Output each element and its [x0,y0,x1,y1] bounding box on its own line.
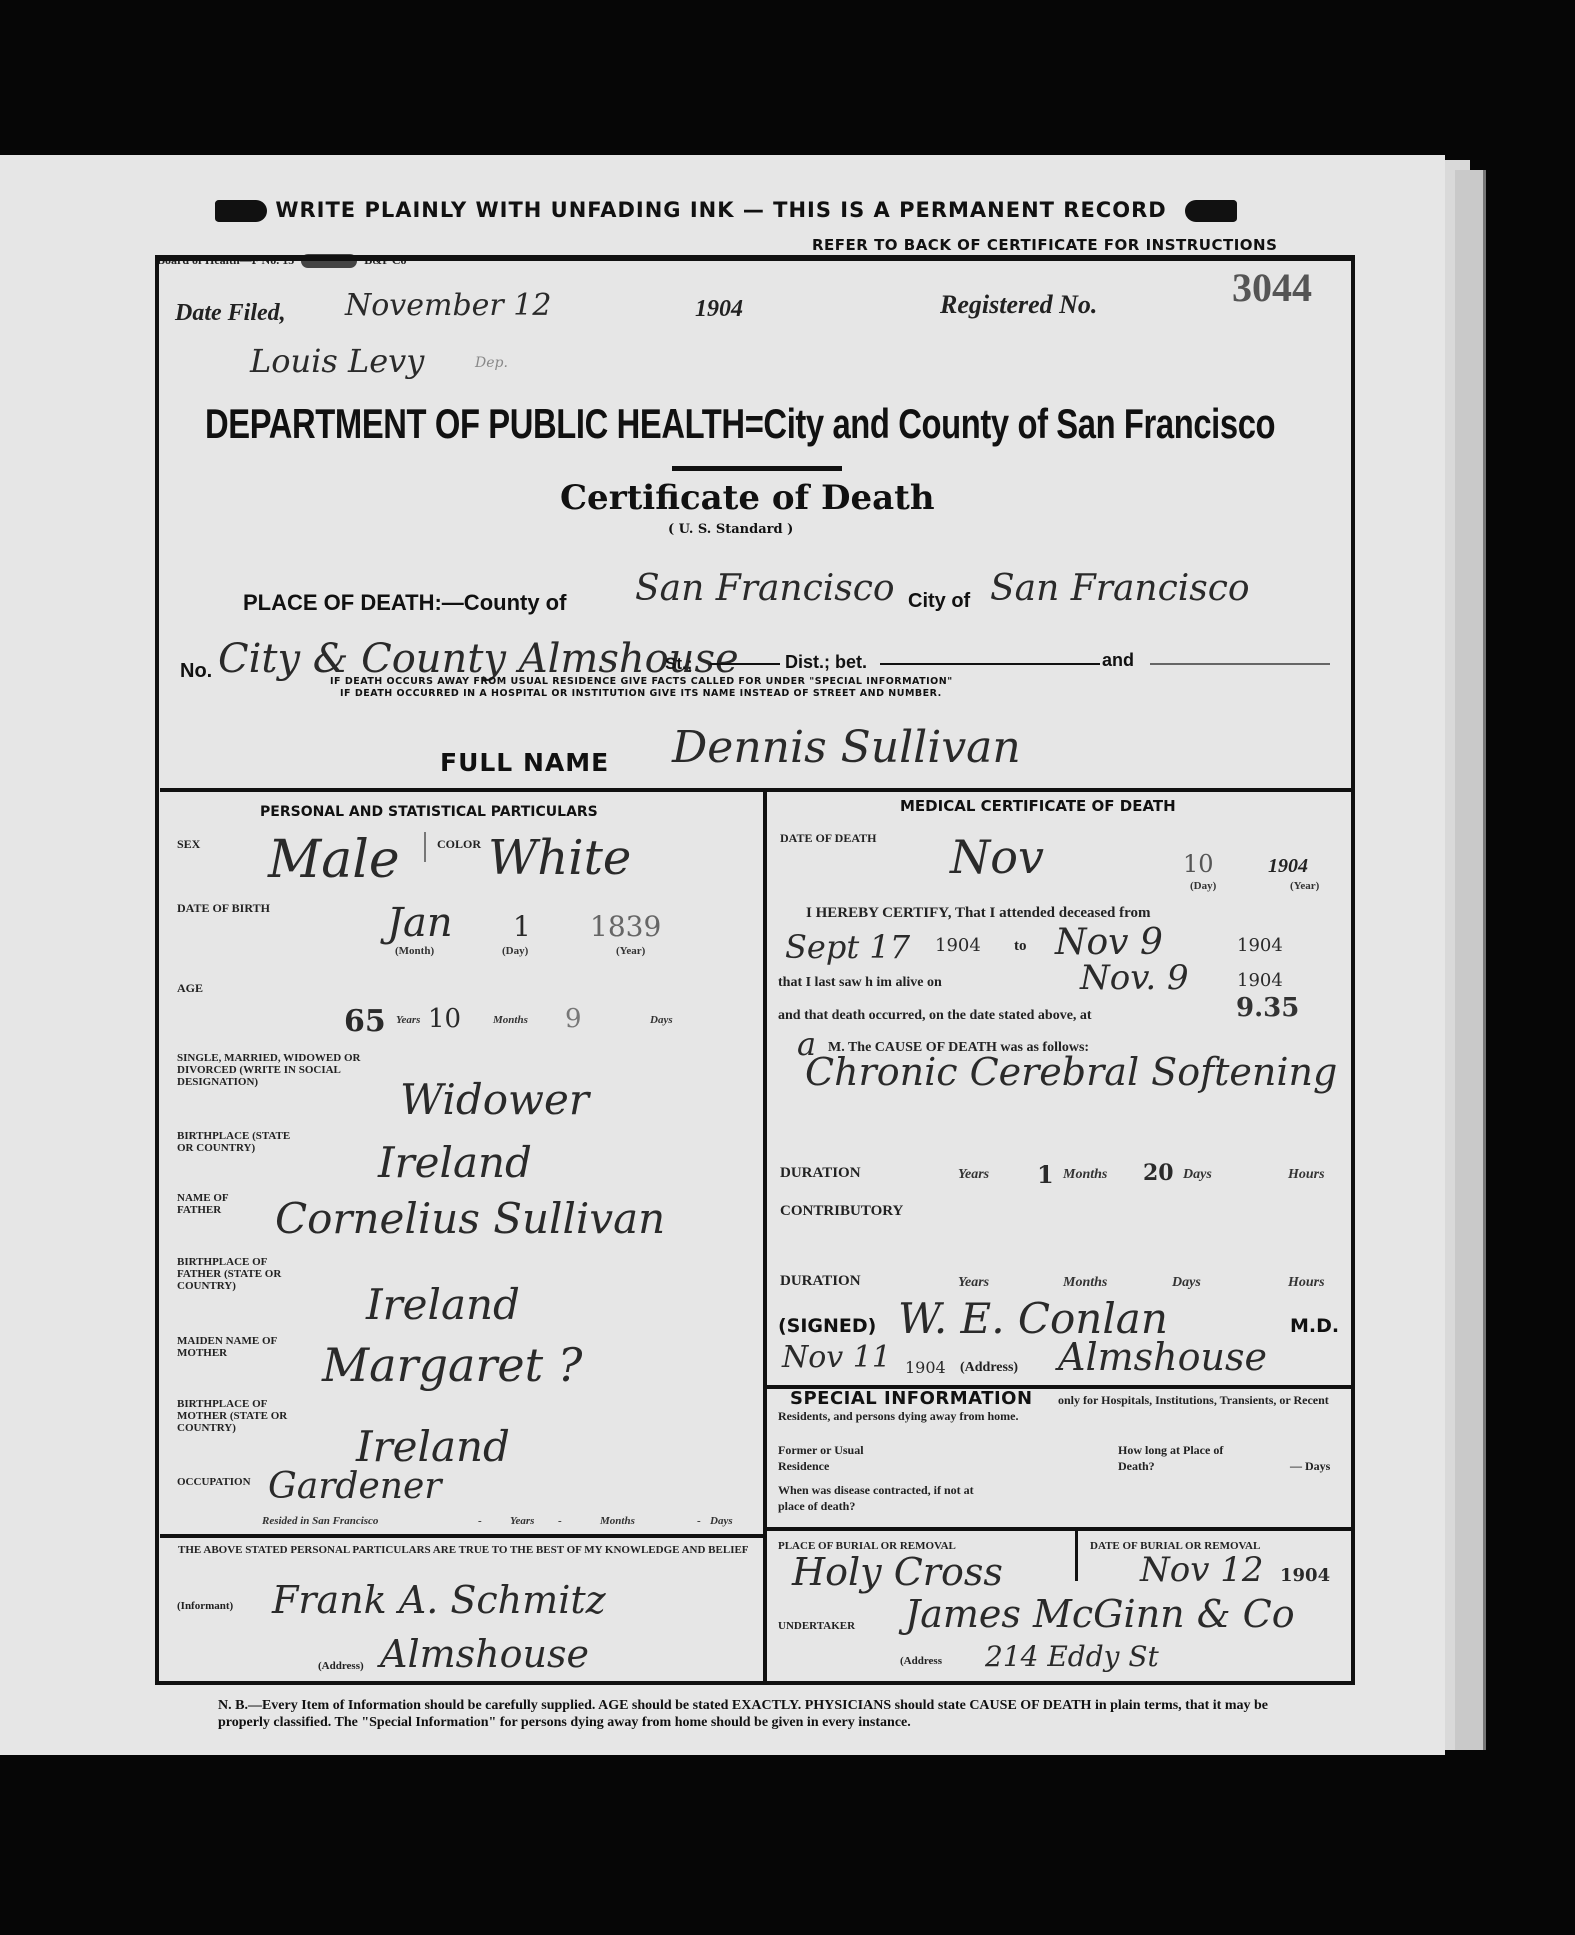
age-days-unit: Days [650,1014,673,1026]
and-line [1150,663,1330,665]
attended-to-value: Nov 9 [1055,922,1163,963]
sex-label: SEX [177,838,200,850]
contributory-years-unit: Years [958,1275,989,1291]
last-saw-label: that I last saw h im alive on [778,975,942,991]
resided-years-unit: Years [510,1515,534,1527]
age-label: AGE [177,982,203,994]
resided-label: Resided in San Francisco [262,1515,378,1527]
age-years-unit: Years [396,1014,420,1026]
death-time-value: 9.35 [1236,993,1299,1023]
burial-place-value: Holy Cross [792,1550,1003,1594]
residence-note: IF DEATH OCCURS AWAY FROM USUAL RESIDENC… [330,676,953,687]
birth-day-value: 1 [513,910,531,943]
death-year-unit: (Year) [1290,880,1319,892]
burial-date-value: Nov 12 [1140,1550,1264,1590]
occupation-label: OCCUPATION [177,1476,251,1488]
attended-from-value: Sept 17 [785,928,910,966]
undertaker-address-label: (Address [900,1655,942,1667]
and-label: and [1102,650,1134,671]
certify-text: I HEREBY CERTIFY, That I attended deceas… [806,905,1151,922]
department-title: DEPARTMENT OF PUBLIC HEALTH=City and Cou… [205,400,1275,448]
last-saw-value: Nov. 9 [1080,958,1189,998]
color-value: White [488,830,631,886]
duration-years-unit: Years [958,1167,989,1183]
city-label: City of [908,590,970,613]
place-of-death-label: PLACE OF DEATH:—County of [243,590,566,616]
date-of-death-label: DATE OF DEATH [780,832,876,844]
informant-name-value: Frank A. Schmitz [272,1578,606,1622]
sex-value: Male [268,830,400,890]
color-label: COLOR [437,838,481,850]
district-line [880,663,1100,665]
month-unit: (Month) [395,945,434,957]
date-filed-label: Date Filed, [175,300,286,327]
pointing-hand-icon [215,200,267,222]
father-birthplace-label: BIRTHPLACE OF FATHER (State or Country) [177,1256,297,1292]
day-unit: (Day) [502,945,528,957]
death-day-unit: (Day) [1190,880,1216,892]
informant-address-label: (Address) [318,1660,364,1672]
registered-number: 3044 [1232,264,1312,311]
death-day-value: 10 [1183,850,1214,878]
street-line [710,663,780,665]
full-name-label: FULL NAME [440,748,609,777]
burial-column-divider [1075,1531,1078,1581]
informant-statement: THE ABOVE STATED PERSONAL PARTICULARS AR… [178,1544,758,1556]
mother-birthplace-value: Ireland [356,1422,510,1471]
contributory-months-unit: Months [1063,1275,1107,1291]
contributory-label: CONTRIBUTORY [780,1205,903,1217]
duration-days-unit: Days [1183,1167,1212,1183]
registered-label: Registered No. [940,290,1097,320]
year-unit: (Year) [616,945,645,957]
death-year-value: 1904 [1268,855,1308,878]
city-value: San Francisco [990,568,1250,609]
former-residence-label: Former or Usual Residence [778,1442,898,1474]
street-label: St.; [665,654,692,674]
duration-months-value: 1 [1037,1160,1054,1189]
marital-status-label: SINGLE, MARRIED, WIDOWED OR DIVORCED (Wr… [177,1052,407,1088]
certificate-subtitle: ( U. S. Standard ) [668,522,793,537]
color-divider [424,832,426,862]
duration-label: DURATION [780,1167,861,1179]
birth-year-value: 1839 [590,910,661,943]
undertaker-value: James McGinn & Co [905,1592,1295,1636]
paper-stack-edge-back [1455,170,1486,1750]
district-label: Dist.; bet. [785,652,867,673]
signed-year-value: 1904 [905,1358,946,1377]
resided-months-unit: Months [600,1515,635,1527]
father-name-label: NAME OF FATHER [177,1192,257,1216]
contributory-hours-unit: Hours [1288,1275,1325,1291]
death-month-value: Nov [950,830,1044,884]
duration-months-unit: Months [1063,1167,1107,1183]
age-days-value: 9 [565,1004,582,1034]
cause-of-death-value: Chronic Cerebral Softening [805,1050,1337,1094]
instructions-note: REFER TO BACK OF CERTIFICATE FOR INSTRUC… [812,236,1277,254]
age-years-value: 65 [344,1004,386,1039]
to-label: to [1014,938,1027,955]
last-saw-year: 1904 [1237,970,1283,991]
informant-label: (Informant) [177,1600,233,1612]
warning-text: WRITE PLAINLY WITH UNFADING INK — THIS I… [275,198,1166,222]
informant-divider [160,1534,765,1538]
birthplace-label: BIRTHPLACE (State or Country) [177,1130,297,1154]
age-months-value: 10 [428,1004,461,1034]
county-value: San Francisco [635,568,895,609]
marital-status-value: Widower [400,1075,589,1124]
physician-address-label: (Address) [960,1360,1018,1376]
title-rule [672,466,842,471]
physician-address-value: Almshouse [1058,1335,1267,1379]
resided-months-value: - [558,1515,562,1527]
registrar-suffix: Dep. [475,355,508,371]
burial-year-value: 1904 [1280,1565,1330,1586]
birth-month-value: Jan [387,900,453,946]
occupation-value: Gardener [268,1466,441,1507]
mother-birthplace-label: BIRTHPLACE OF MOTHER (State or Country) [177,1398,297,1434]
institution-note: IF DEATH OCCURRED IN A HOSPITAL OR INSTI… [340,688,942,699]
death-occurred-text: and that death occurred, on the date sta… [778,1008,1092,1024]
md-label: M.D. [1290,1315,1339,1337]
attended-to-year: 1904 [1237,935,1283,956]
birthplace-value: Ireland [378,1138,532,1187]
mother-name-label: MAIDEN NAME OF MOTHER [177,1335,287,1359]
duration-days-value: 20 [1143,1160,1174,1186]
undertaker-label: UNDERTAKER [778,1620,855,1632]
resided-years-value: - [478,1515,482,1527]
father-name-value: Cornelius Sullivan [275,1194,665,1243]
burial-divider [765,1527,1355,1531]
informant-address-value: Almshouse [380,1632,589,1676]
personal-heading: PERSONAL AND STATISTICAL PARTICULARS [260,804,598,820]
date-of-birth-label: DATE OF BIRTH [177,902,270,914]
resided-days-value: - [697,1515,701,1527]
pointing-hand-icon [1185,200,1237,222]
signed-date-value: Nov 11 [782,1340,891,1375]
duration-hours-unit: Hours [1288,1167,1325,1183]
number-label: No. [180,660,212,683]
mother-name-value: Margaret ? [322,1338,582,1392]
age-months-unit: Months [493,1014,528,1026]
section-divider [160,788,1355,792]
certificate-title: Certificate of Death [560,478,935,518]
special-info-note: only for Hospitals, Institutions, Transi… [778,1392,1348,1424]
attended-from-year: 1904 [935,935,981,956]
how-long-label: How long at Place of Death? [1118,1442,1238,1474]
registrar-signature: Louis Levy [250,342,424,380]
contributory-days-unit: Days [1172,1275,1201,1291]
date-filed-value: November 12 [345,288,551,323]
footnote-instructions: N. B.—Every Item of Information should b… [218,1697,1278,1731]
resided-days-unit: Days [710,1515,733,1527]
date-filed-year: 1904 [695,296,743,323]
undertaker-address-value: 214 Eddy St [985,1640,1159,1673]
father-birthplace-value: Ireland [366,1280,520,1329]
full-name-value: Dennis Sullivan [672,722,1021,773]
contributory-duration-label: DURATION [780,1275,861,1287]
column-divider [763,792,767,1682]
disease-contracted-label: When was disease contracted, if not at p… [778,1482,978,1514]
medical-heading: MEDICAL CERTIFICATE OF DEATH [900,797,1176,815]
signed-label: (SIGNED) [778,1315,876,1337]
warning-banner: WRITE PLAINLY WITH UNFADING INK — THIS I… [215,198,1237,222]
days-label: — Days [1290,1459,1330,1474]
